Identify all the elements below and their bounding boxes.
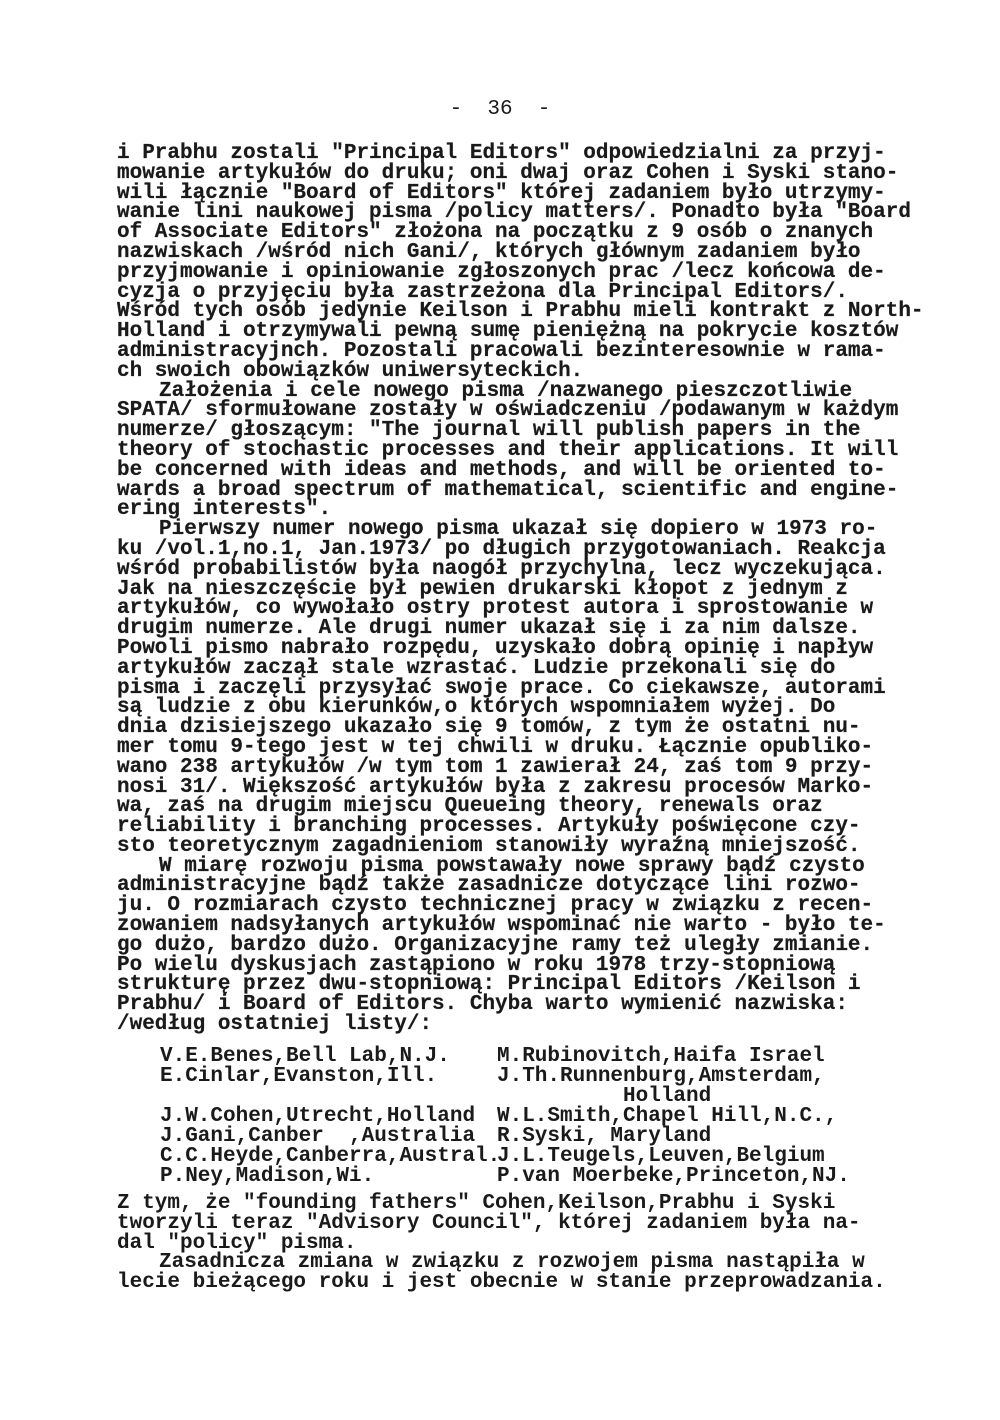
editor-left: E.Cinlar,Evanston,Ill. [160, 1067, 437, 1087]
text-line: numerze/ głoszącym: "The journal will pu… [117, 421, 924, 441]
editor-right: J.Th.Runnenburg,Amsterdam, [497, 1067, 825, 1087]
text-line: ch swoich obowiązków uniwersyteckich. [117, 362, 924, 382]
text-line: /według ostatniej listy/: [117, 1015, 924, 1035]
editor-right: M.Rubinovitch,Haifa Israel [497, 1047, 825, 1067]
text-line: przyjmowanie i opiniowanie zgłoszonych p… [117, 263, 924, 283]
document-page: - 36 - i Prabhu zostali "Principal Edito… [0, 0, 1000, 1420]
editor-left: P.Ney,Madison,Wi. [160, 1167, 374, 1187]
text-line: administracyjnch. Pozostali pracowali be… [117, 342, 924, 362]
text-line: Powoli pismo nabrało rozpędu, uzyskało d… [117, 639, 924, 659]
editor-left: J.Gani,Canber ,Australia [160, 1127, 475, 1147]
text-line: wano 238 artykułów /w tym tom 1 zawierał… [117, 758, 924, 778]
text-line: tworzyli teraz "Advisory Council", które… [117, 1214, 886, 1234]
text-line: mer tomu 9-tego jest w tej chwili w druk… [117, 738, 924, 758]
text-line: of Associate Editors" złożona na początk… [117, 223, 924, 243]
page-number: - 36 - [0, 98, 1000, 122]
text-line: wśród probabilistów była naogół przychyl… [117, 560, 924, 580]
editor-right: W.L.Smith,Chapel Hill,N.C., [497, 1107, 837, 1127]
text-line: be concerned with ideas and methods, and… [117, 461, 924, 481]
text-line: Z tym, że "founding fathers" Cohen,Keils… [117, 1194, 886, 1214]
editor-left: V.E.Benes,Bell Lab,N.J. [160, 1047, 450, 1067]
text-line: drugim numerze. Ale drugi numer ukazał s… [117, 619, 924, 639]
body-text: i Prabhu zostali "Principal Editors" odp… [117, 144, 924, 1035]
editor-right: R.Syski, Maryland [497, 1127, 711, 1147]
editor-left: C.C.Heyde,Canberra,Austral. [160, 1147, 500, 1167]
text-line: i Prabhu zostali "Principal Editors" odp… [117, 144, 924, 164]
text-line: theory of stochastic processes and their… [117, 441, 924, 461]
editor-left: J.W.Cohen,Utrecht,Holland [160, 1107, 475, 1127]
text-line: lecie bieżącego roku i jest obecnie w st… [117, 1273, 886, 1293]
text-line: ku /vol.1,no.1, Jan.1973/ po długich prz… [117, 540, 924, 560]
editor-right: P.van Moerbeke,Princeton,NJ. [497, 1167, 850, 1187]
text-line: mowanie artykułów do druku; oni dwaj ora… [117, 164, 924, 184]
text-line: nazwiskach /wśród nich Gani/, których gł… [117, 243, 924, 263]
text-line: Holland i otrzymywali pewną sumę pienięż… [117, 322, 924, 342]
text-line: sto teoretycznym zagadnieniom stanowiły … [117, 837, 924, 857]
text-line: go dużo, bardzo dużo. Organizacyjne ramy… [117, 936, 924, 956]
text-line: artykułów zaczął stale wzrastać. Ludzie … [117, 659, 924, 679]
text-line: Pierwszy numer nowego pisma ukazał się d… [117, 520, 924, 540]
closing-text: Z tym, że "founding fathers" Cohen,Keils… [117, 1194, 886, 1293]
text-line: dnia dzisiejszego ukazało się 9 tomów, z… [117, 718, 924, 738]
editor-right: J.L.Teugels,Leuven,Belgium [497, 1147, 825, 1167]
text-line: zowaniem nadsyłanych artykułów wspominać… [117, 916, 924, 936]
editor-right: Holland [497, 1087, 711, 1107]
text-line: reliability i branching processes. Artyk… [117, 817, 924, 837]
